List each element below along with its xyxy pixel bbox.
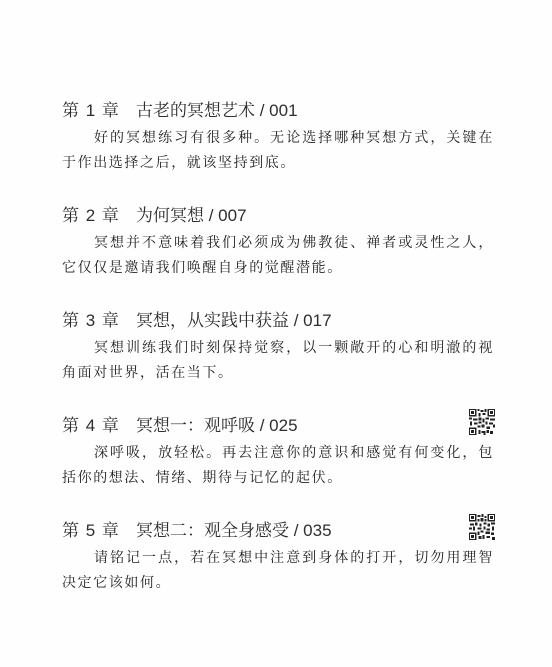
chapter-number: 第 5 章 bbox=[62, 520, 136, 542]
chapter-summary: 冥想并不意味着我们必须成为佛教徒、禅者或灵性之人，它仅仅是邀请我们唤醒自身的觉醒… bbox=[62, 231, 494, 281]
qr-code-icon[interactable] bbox=[469, 514, 495, 540]
toc-entry-chapter-1[interactable]: 第 1 章古老的冥想艺术 / 001 好的冥想练习有很多种。无论选择哪种冥想方式… bbox=[62, 103, 494, 203]
chapter-page-ref: / 025 bbox=[255, 416, 298, 435]
chapter-page-ref: / 007 bbox=[204, 206, 247, 225]
chapter-summary: 深呼吸，放轻松。再去注意你的意识和感觉有何变化，包括你的想法、情绪、期待与记忆的… bbox=[62, 441, 494, 491]
chapter-number: 第 2 章 bbox=[62, 205, 136, 227]
qr-code-icon[interactable] bbox=[469, 409, 495, 435]
toc-entry-chapter-5[interactable]: 第 5 章冥想二：观全身感受 / 035 bbox=[62, 523, 494, 623]
chapter-number: 第 3 章 bbox=[62, 310, 136, 332]
chapter-number: 第 1 章 bbox=[62, 100, 136, 122]
chapter-heading[interactable]: 第 3 章冥想，从实践中获益 / 017 bbox=[62, 310, 332, 332]
chapter-page-ref: / 017 bbox=[289, 311, 332, 330]
chapter-title: 冥想一：观呼吸 bbox=[136, 415, 255, 437]
toc-entry-chapter-2[interactable]: 第 2 章为何冥想 / 007 冥想并不意味着我们必须成为佛教徒、禅者或灵性之人… bbox=[62, 208, 494, 308]
chapter-number: 第 4 章 bbox=[62, 415, 136, 437]
chapter-title: 冥想二：观全身感受 bbox=[136, 520, 289, 542]
toc-entry-chapter-4[interactable]: 第 4 章冥想一：观呼吸 / 025 bbox=[62, 418, 494, 518]
chapter-summary: 好的冥想练习有很多种。无论选择哪种冥想方式，关键在于作出选择之后，就该坚持到底。 bbox=[62, 126, 494, 176]
chapter-heading[interactable]: 第 1 章古老的冥想艺术 / 001 bbox=[62, 100, 298, 122]
chapter-heading[interactable]: 第 4 章冥想一：观呼吸 / 025 bbox=[62, 415, 298, 437]
chapter-summary: 冥想训练我们时刻保持觉察，以一颗敞开的心和明澈的视角面对世界，活在当下。 bbox=[62, 336, 494, 386]
chapter-page-ref: / 035 bbox=[289, 521, 332, 540]
toc-entry-chapter-3[interactable]: 第 3 章冥想，从实践中获益 / 017 冥想训练我们时刻保持觉察，以一颗敞开的… bbox=[62, 313, 494, 413]
chapter-heading[interactable]: 第 5 章冥想二：观全身感受 / 035 bbox=[62, 520, 332, 542]
chapter-summary: 请铭记一点，若在冥想中注意到身体的打开，切勿用理智决定它该如何。 bbox=[62, 546, 494, 596]
book-page: 第 1 章古老的冥想艺术 / 001 好的冥想练习有很多种。无论选择哪种冥想方式… bbox=[0, 0, 552, 667]
chapter-title: 冥想，从实践中获益 bbox=[136, 310, 289, 332]
chapter-page-ref: / 001 bbox=[255, 101, 298, 120]
chapter-title: 古老的冥想艺术 bbox=[136, 100, 255, 122]
chapter-title: 为何冥想 bbox=[136, 205, 204, 227]
chapter-heading[interactable]: 第 2 章为何冥想 / 007 bbox=[62, 205, 247, 227]
